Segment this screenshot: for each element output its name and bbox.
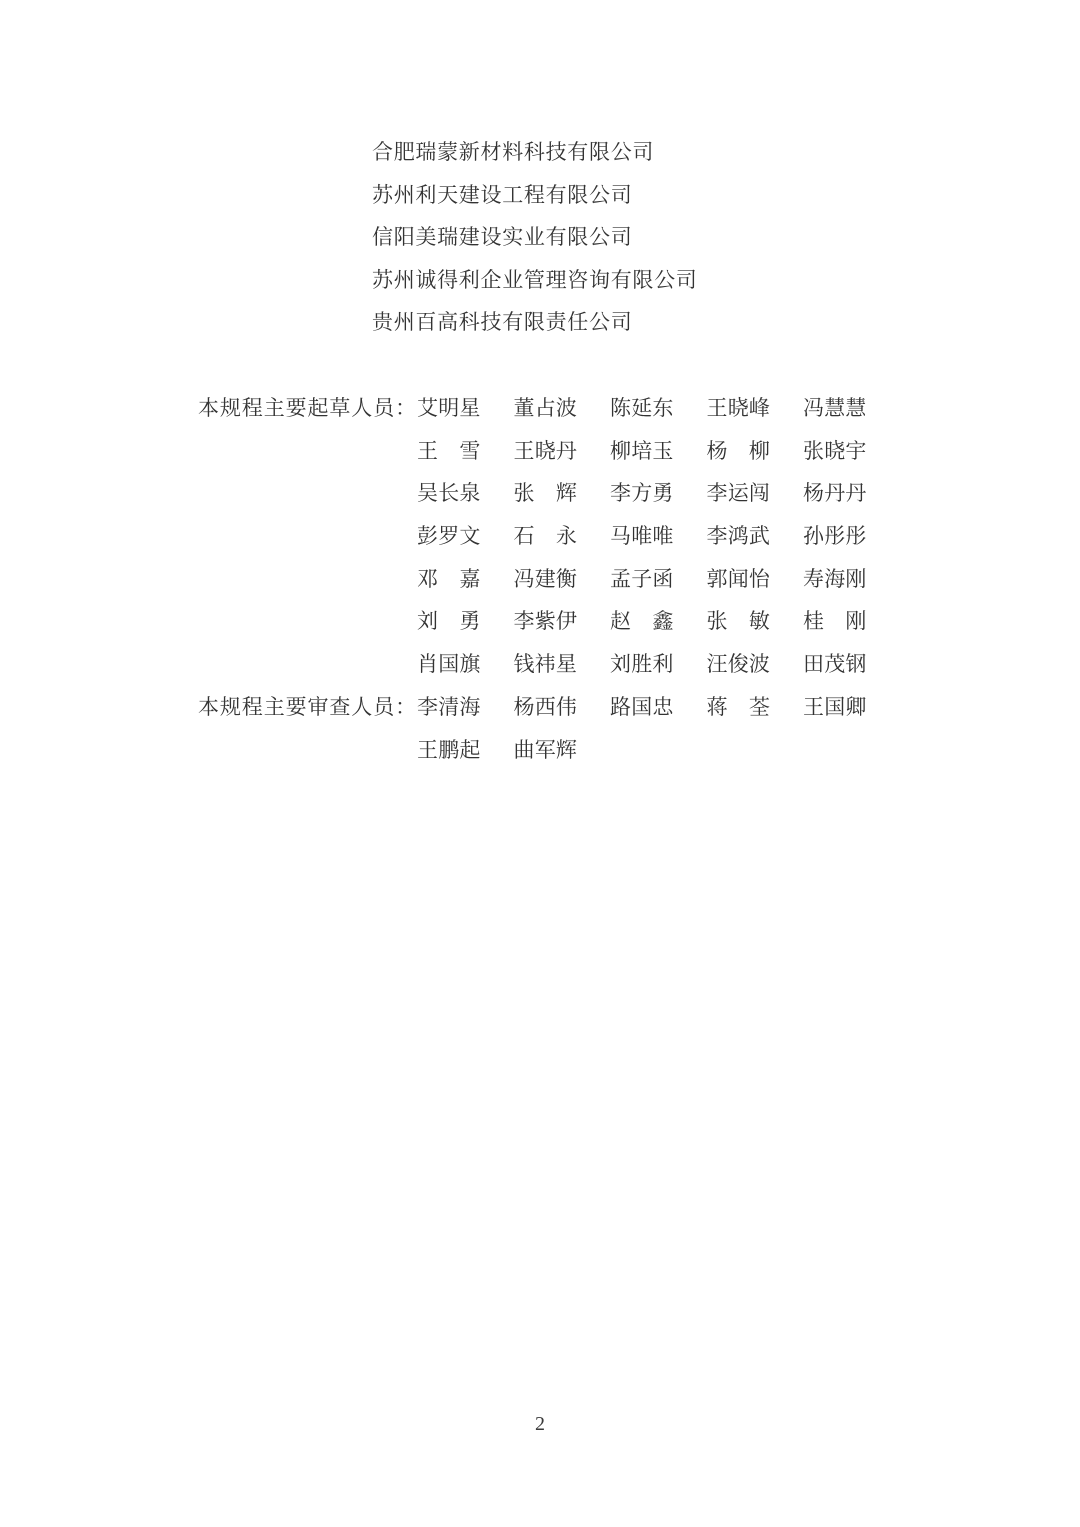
person-name: 孟子函 [610, 558, 707, 601]
person-name: 田茂钢 [803, 643, 900, 686]
person-name: 杨西伟 [514, 686, 611, 729]
person-name: 钱祎星 [514, 643, 611, 686]
person-name: 王晓丹 [514, 430, 611, 473]
person-name: 汪俊波 [707, 643, 804, 686]
person-name: 李运闯 [707, 472, 804, 515]
person-name: 陈延东 [610, 387, 707, 430]
person-name: 张 辉 [514, 472, 611, 515]
person-name: 路国忠 [610, 686, 707, 729]
personnel-row: 邓 嘉冯建衡孟子函郭闻怡寿海刚 [198, 558, 900, 601]
person-name: 李鸿武 [707, 515, 804, 558]
person-name: 石 永 [514, 515, 611, 558]
personnel-row: 王鹏起曲军辉 [198, 729, 900, 772]
person-name: 吴长泉 [417, 472, 514, 515]
company-name: 苏州诚得利企业管理咨询有限公司 [372, 259, 698, 302]
person-name: 肖国旗 [417, 643, 514, 686]
person-name: 赵 鑫 [610, 600, 707, 643]
person-name: 邓 嘉 [417, 558, 514, 601]
personnel-row: 吴长泉张 辉李方勇李运闯杨丹丹 [198, 472, 900, 515]
person-name: 曲军辉 [514, 729, 611, 772]
person-name: 郭闻怡 [707, 558, 804, 601]
person-name: 杨 柳 [707, 430, 804, 473]
document-page: 合肥瑞蒙新材料科技有限公司苏州利天建设工程有限公司信阳美瑞建设实业有限公司苏州诚… [0, 0, 1080, 1527]
section-label: 本规程主要审查人员： [198, 686, 417, 729]
person-name: 杨丹丹 [803, 472, 900, 515]
person-name: 李清海 [417, 686, 514, 729]
person-name: 李方勇 [610, 472, 707, 515]
personnel-row: 本规程主要审查人员：李清海杨西伟路国忠蒋 荃王国卿 [198, 686, 900, 729]
personnel-row: 本规程主要起草人员：艾明星董占波陈延东王晓峰冯慧慧 [198, 387, 900, 430]
person-name: 马唯唯 [610, 515, 707, 558]
personnel-row: 肖国旗钱祎星刘胜利汪俊波田茂钢 [198, 643, 900, 686]
person-name: 冯建衡 [514, 558, 611, 601]
personnel-row: 彭罗文石 永马唯唯李鸿武孙彤彤 [198, 515, 900, 558]
person-name: 李紫伊 [514, 600, 611, 643]
person-name: 王晓峰 [707, 387, 804, 430]
person-name: 孙彤彤 [803, 515, 900, 558]
person-name: 艾明星 [417, 387, 514, 430]
person-name: 张 敏 [707, 600, 804, 643]
person-name: 刘 勇 [417, 600, 514, 643]
person-name: 彭罗文 [417, 515, 514, 558]
personnel-row: 刘 勇李紫伊赵 鑫张 敏桂 刚 [198, 600, 900, 643]
person-name: 刘胜利 [610, 643, 707, 686]
person-name: 王国卿 [803, 686, 900, 729]
company-list: 合肥瑞蒙新材料科技有限公司苏州利天建设工程有限公司信阳美瑞建设实业有限公司苏州诚… [372, 131, 698, 344]
person-name: 王鹏起 [417, 729, 514, 772]
person-name: 董占波 [514, 387, 611, 430]
section-label: 本规程主要起草人员： [198, 387, 417, 430]
company-name: 信阳美瑞建设实业有限公司 [372, 216, 698, 259]
personnel-row: 王 雪王晓丹柳培玉杨 柳张晓宇 [198, 430, 900, 473]
company-name: 贵州百高科技有限责任公司 [372, 301, 698, 344]
personnel-grid: 本规程主要起草人员：艾明星董占波陈延东王晓峰冯慧慧王 雪王晓丹柳培玉杨 柳张晓宇… [198, 387, 900, 771]
company-name: 苏州利天建设工程有限公司 [372, 174, 698, 217]
person-name: 冯慧慧 [803, 387, 900, 430]
company-name: 合肥瑞蒙新材料科技有限公司 [372, 131, 698, 174]
page-number: 2 [0, 1413, 1080, 1436]
person-name: 王 雪 [417, 430, 514, 473]
person-name: 桂 刚 [803, 600, 900, 643]
person-name: 寿海刚 [803, 558, 900, 601]
person-name: 张晓宇 [803, 430, 900, 473]
person-name: 柳培玉 [610, 430, 707, 473]
person-name: 蒋 荃 [707, 686, 804, 729]
